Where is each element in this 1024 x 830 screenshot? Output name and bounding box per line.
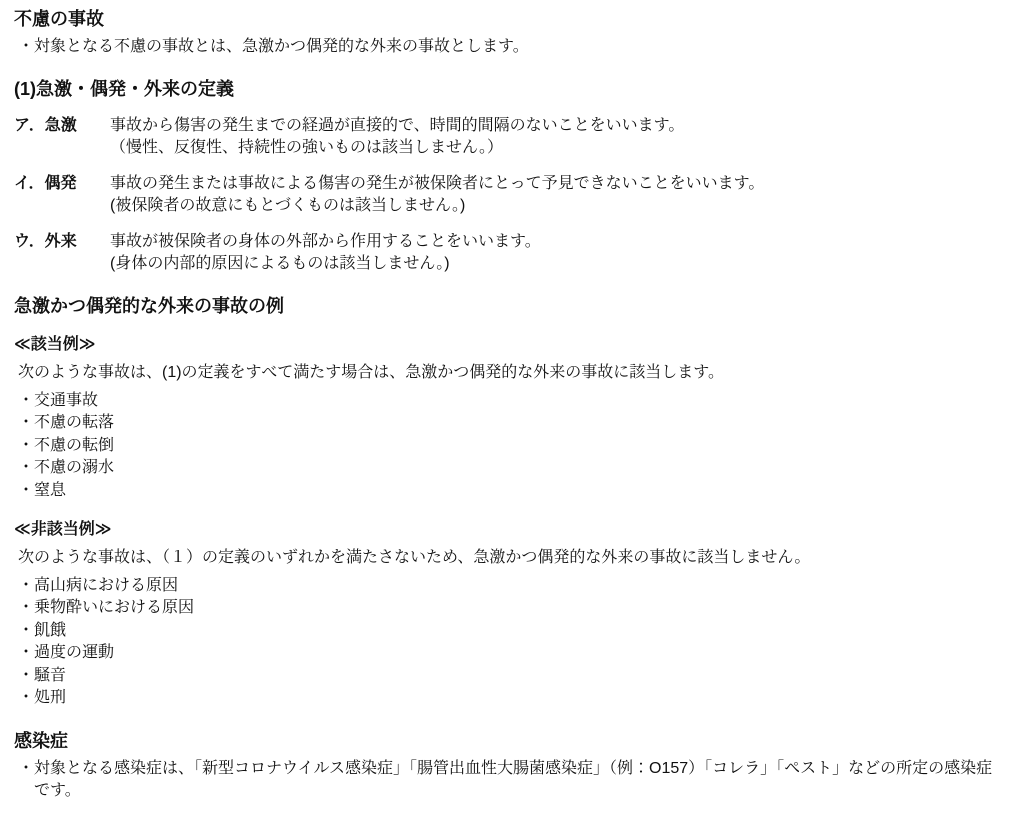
definition-desc-sudden-line1: 事故から傷害の発生までの経過が直接的で、時間的間隔のないことをいいます。 [110, 115, 994, 137]
block-non-applicable-examples: ≪非該当例≫ 次のような事故は、（１）の定義のいずれかを満たさないため、急激かつ… [14, 519, 994, 709]
list-item-altitude-sickness: ・高山病における原因 [18, 575, 994, 597]
unforeseen-accident-description: ・対象となる不慮の事故とは、急激かつ偶発的な外来の事故とします。 [18, 36, 994, 58]
infectious-disease-description: ・対象となる感染症は、「新型コロナウイルス感染症」「腸管出血性大腸菌感染症」（例… [18, 758, 994, 802]
non-applicable-examples-intro: 次のような事故は、（１）の定義のいずれかを満たさないため、急激かつ偶発的な外来の… [18, 547, 994, 569]
definition-desc-accidental-line2: (被保険者の故意にもとづくものは該当しません。) [110, 195, 994, 217]
applicable-examples-intro: 次のような事故は、(1)の定義をすべて満たす場合は、急激かつ偶発的な外来の事故に… [18, 362, 994, 384]
definition-desc-accidental: 事故の発生または事故による傷害の発生が被保険者にとって予見できないことをいいます… [110, 173, 994, 217]
definition-term-external: ウ．外来 [14, 231, 110, 253]
non-applicable-examples-list: ・高山病における原因 ・乗物酔いにおける原因 ・飢餓 ・過度の運動 ・騒音 ・処… [18, 575, 994, 709]
definition-desc-external-line2: (身体の内部的原因によるものは該当しません。) [110, 253, 994, 275]
list-item-starvation: ・飢餓 [18, 620, 994, 642]
definition-term-sudden: ア．急激 [14, 115, 110, 137]
list-item-motion-sickness: ・乗物酔いにおける原因 [18, 597, 994, 619]
definition-row-sudden: ア．急激 事故から傷害の発生までの経過が直接的で、時間的間隔のないことをいいます… [14, 115, 994, 159]
list-item-accidental-fall: ・不慮の転倒 [18, 435, 994, 457]
heading-unforeseen-accident: 不慮の事故 [14, 8, 994, 30]
heading-accident-examples: 急激かつ偶発的な外来の事故の例 [14, 295, 994, 317]
definition-row-accidental: イ．偶発 事故の発生または事故による傷害の発生が被保険者にとって予見できないこと… [14, 173, 994, 217]
definition-desc-external-line1: 事故が被保険者の身体の外部から作用することをいいます。 [110, 231, 994, 253]
definition-row-external: ウ．外来 事故が被保険者の身体の外部から作用することをいいます。 (身体の内部的… [14, 231, 994, 275]
heading-infectious-disease: 感染症 [14, 730, 994, 752]
block-applicable-examples: ≪該当例≫ 次のような事故は、(1)の定義をすべて満たす場合は、急激かつ偶発的な… [14, 334, 994, 502]
section-unforeseen-accident: 不慮の事故 ・対象となる不慮の事故とは、急激かつ偶発的な外来の事故とします。 [14, 8, 994, 58]
definition-desc-sudden-line2: （慢性、反復性、持続性の強いものは該当しません。） [110, 137, 994, 159]
subheading-applicable-examples: ≪該当例≫ [14, 334, 994, 356]
section-infectious-disease: 感染症 ・対象となる感染症は、「新型コロナウイルス感染症」「腸管出血性大腸菌感染… [14, 730, 994, 802]
list-item-execution: ・処刑 [18, 687, 994, 709]
list-item-accidental-fall-from-height: ・不慮の転落 [18, 412, 994, 434]
definition-term-accidental: イ．偶発 [14, 173, 110, 195]
definition-desc-accidental-line1: 事故の発生または事故による傷害の発生が被保険者にとって予見できないことをいいます… [110, 173, 994, 195]
document-page: 不慮の事故 ・対象となる不慮の事故とは、急激かつ偶発的な外来の事故とします。 (… [0, 0, 1024, 812]
list-item-noise: ・騒音 [18, 665, 994, 687]
list-item-excessive-exercise: ・過度の運動 [18, 642, 994, 664]
definition-desc-sudden: 事故から傷害の発生までの経過が直接的で、時間的間隔のないことをいいます。 （慢性… [110, 115, 994, 159]
section-accident-examples: 急激かつ偶発的な外来の事故の例 ≪該当例≫ 次のような事故は、(1)の定義をすべ… [14, 295, 994, 709]
list-item-traffic-accident: ・交通事故 [18, 390, 994, 412]
definition-desc-external: 事故が被保険者の身体の外部から作用することをいいます。 (身体の内部的原因による… [110, 231, 994, 275]
heading-definitions: (1)急激・偶発・外来の定義 [14, 78, 994, 100]
list-item-accidental-drowning: ・不慮の溺水 [18, 457, 994, 479]
list-item-suffocation: ・窒息 [18, 480, 994, 502]
section-definitions: (1)急激・偶発・外来の定義 ア．急激 事故から傷害の発生までの経過が直接的で、… [14, 78, 994, 275]
applicable-examples-list: ・交通事故 ・不慮の転落 ・不慮の転倒 ・不慮の溺水 ・窒息 [18, 390, 994, 502]
subheading-non-applicable-examples: ≪非該当例≫ [14, 519, 994, 541]
